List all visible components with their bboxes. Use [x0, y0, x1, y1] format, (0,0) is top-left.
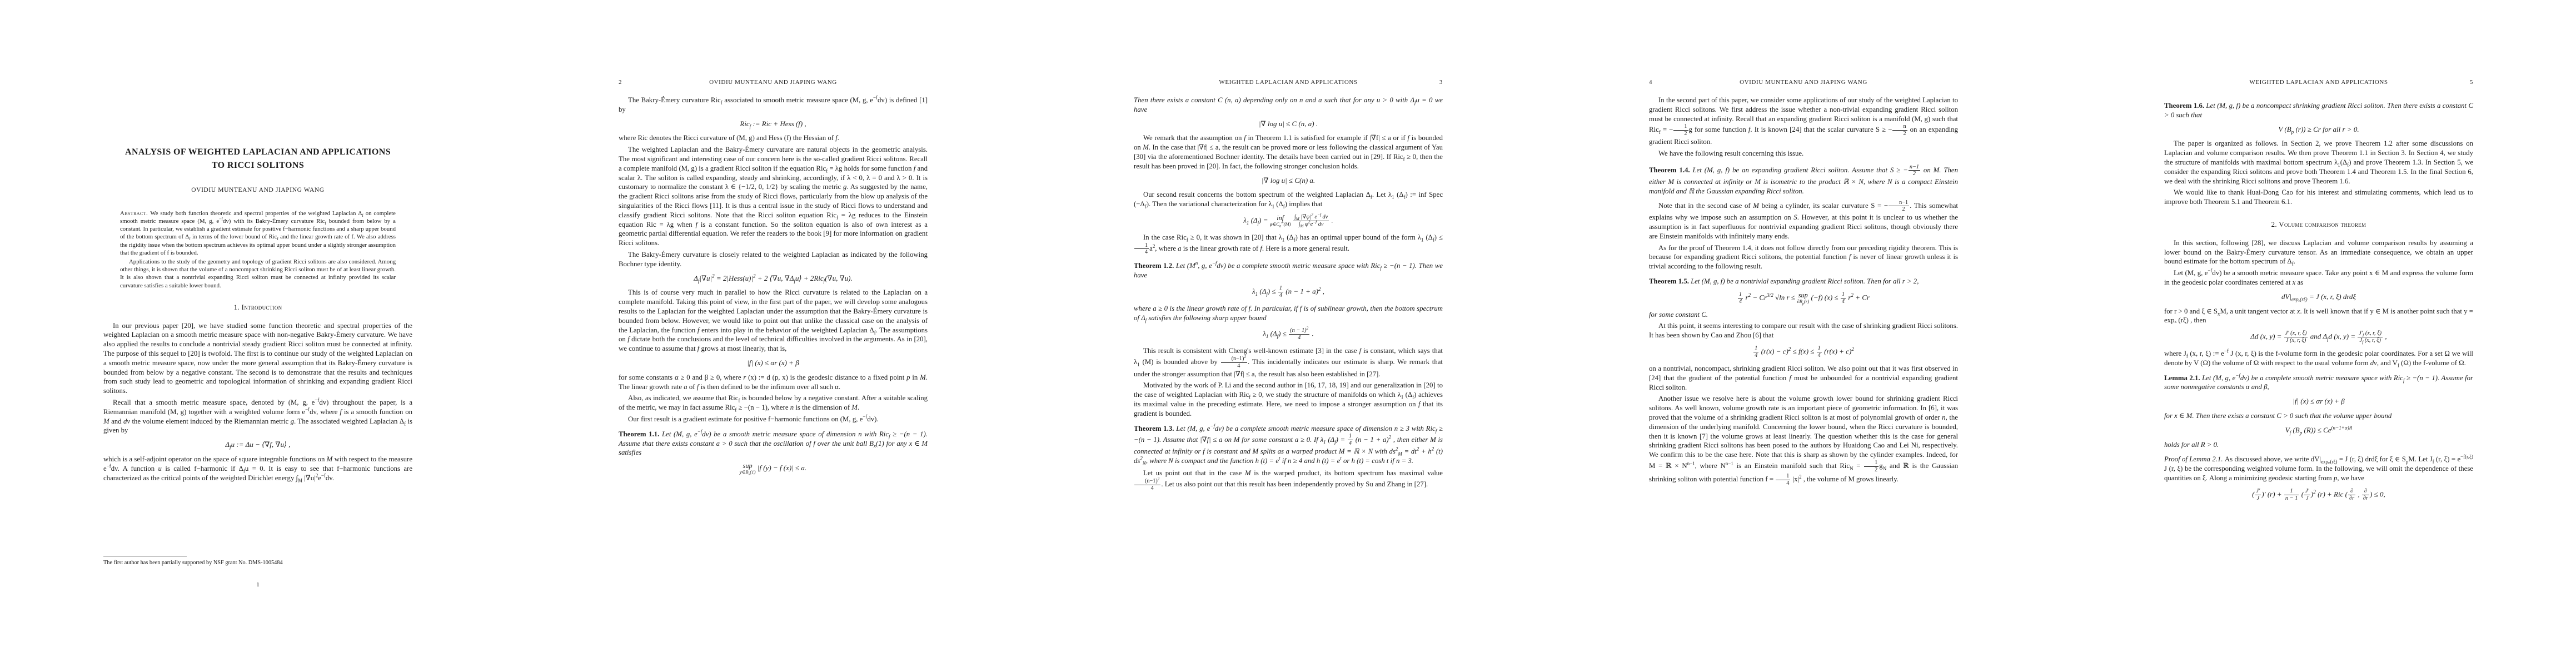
display-equation: λ1 (Δf) ≤ 14 (n − 1 + a)2 ,	[1134, 285, 1443, 299]
theorem-label: Theorem 1.1.	[619, 430, 662, 438]
paragraph: for r > 0 and ξ ∈ SxM, a unit tangent ve…	[2164, 307, 2473, 326]
display-equation: Δf|∇u|2 = 2|Hess(u)|2 + 2 ⟨∇u, ∇Δfu⟩ + 2…	[619, 274, 928, 283]
running-title: OVIDIU MUNTEANU AND JIAPING WANG	[619, 79, 928, 86]
header-page-number-left: 2	[619, 79, 622, 86]
paragraph: As for the proof of Theorem 1.4, it does…	[1649, 243, 1958, 271]
paragraph: for some constants α ≥ 0 and β ≥ 0, wher…	[619, 373, 928, 392]
theorem-label: Theorem 1.2.	[1134, 262, 1176, 270]
theorem-label: Lemma 2.1.	[2164, 374, 2202, 382]
display-equation: Δd (x, y) = J′ (x, r, ξ)J (x, r, ξ) and …	[2164, 330, 2473, 344]
section-heading: 2. Volume comparison theorem	[2164, 220, 2473, 230]
paragraph: Let (M, g, e−fdv) be a smooth metric mea…	[2164, 268, 2473, 287]
theorem: Theorem 1.6. Let (M, g, f) be a noncompa…	[2164, 101, 2473, 120]
paragraph: The weighted Laplacian and the Bakry-Éme…	[619, 145, 928, 248]
page-header: OVIDIU MUNTEANU AND JIAPING WANG2	[619, 79, 928, 86]
theorem: Theorem 1.5. Let (M, g, f) be a nontrivi…	[1649, 277, 1958, 286]
running-title: WEIGHTED LAPLACIAN AND APPLICATIONS	[2164, 79, 2473, 86]
header-page-number-left: 4	[1649, 79, 1652, 86]
theorem: Lemma 2.1. Let (M, g, e−fdv) be a comple…	[2164, 374, 2473, 392]
display-equation: (J′J)′ (r) + 1n − 1 (J′J)2 (r) + Ric (∂∂…	[2164, 488, 2473, 502]
paragraph: We would like to thank Huai-Dong Cao for…	[2164, 188, 2473, 207]
page-4: OVIDIU MUNTEANU AND JIAPING WANG4In the …	[1546, 0, 2061, 667]
paragraph: In the case Ricf ≥ 0, it was shown in [2…	[1134, 233, 1443, 256]
paragraph: Recall that a smooth metric measure spac…	[103, 398, 412, 435]
theorem: Theorem 1.3. Let (M, g, e−fdv) be a comp…	[1134, 424, 1443, 466]
paragraph: In our previous paper [20], we have stud…	[103, 321, 412, 396]
theorem-label: Theorem 1.4.	[1649, 166, 1693, 174]
paragraph: Let us point out that in the case M is t…	[1134, 469, 1443, 491]
page-column: In the second part of this paper, we con…	[1649, 96, 1958, 489]
paragraph: Also, as indicated, we assume that Ricf …	[619, 394, 928, 412]
header-page-number-right: 3	[1439, 79, 1443, 86]
paragraph: where Jf (x, r, ξ) := e−f J (x, r, ξ) is…	[2164, 349, 2473, 368]
paragraph: The Bakry-Émery curvature Ricf associate…	[619, 96, 928, 115]
paragraph: In this section, following [28], we disc…	[2164, 238, 2473, 266]
running-title: WEIGHTED LAPLACIAN AND APPLICATIONS	[1134, 79, 1443, 86]
abstract-label: Abstract.	[120, 210, 150, 217]
display-equation: Vf (Bp (R)) ≤ Ce(n−1+α)R	[2164, 426, 2473, 435]
page-header: OVIDIU MUNTEANU AND JIAPING WANG4	[1649, 79, 1958, 86]
display-equation: λ1 (Δf) ≤ (n − 1)24 .	[1134, 327, 1443, 341]
display-equation: supy∈Bx(1) |f (y) − f (x)| ≤ a.	[619, 462, 928, 475]
section-heading: 1. Introduction	[103, 303, 412, 312]
proof-label: Proof of Lemma 2.1.	[2164, 455, 2225, 463]
paragraph: At this point, it seems interesting to c…	[1649, 321, 1958, 340]
footnote-rule	[103, 556, 187, 556]
theorem: Theorem 1.4. Let (M, g, f) be an expandi…	[1649, 164, 1958, 196]
paragraph: The paper is organized as follows. In Se…	[2164, 139, 2473, 186]
display-equation: dV|expₓ(rξ) = J (x, r, ξ) drdξ	[2164, 292, 2473, 302]
statement-text: Let (M, g, f) be a noncompact shrinking …	[2164, 102, 2473, 119]
paper-title: ANALYSIS OF WEIGHTED LAPLACIAN AND APPLI…	[103, 146, 412, 172]
paragraph: This is of course very much in parallel …	[619, 288, 928, 354]
page-column: The Bakry-Émery curvature Ricf associate…	[619, 96, 928, 480]
theorem-continuation: where a ≥ 0 is the linear growth rate of…	[1134, 304, 1443, 323]
page-column: Theorem 1.6. Let (M, g, f) be a noncompa…	[2164, 96, 2473, 507]
statement-text: Let (Mn, g, e−fdv) be a complete smooth …	[1134, 262, 1443, 279]
statement-text: Let (M, g, e−fdv) be a complete smooth m…	[1134, 425, 1443, 465]
statement-text: Let (M, g, e−fdv) be a smooth metric mea…	[619, 430, 928, 457]
statement-text: Let (M, g, f) be an expanding gradient R…	[1649, 166, 1958, 195]
paragraph: We remark that the assumption on f in Th…	[1134, 133, 1443, 171]
abstract-paragraph: Applications to the study of the geometr…	[120, 258, 396, 290]
page-number: 1	[103, 581, 412, 588]
authors: OVIDIU MUNTEANU AND JIAPING WANG	[103, 186, 412, 195]
display-equation: Ricf := Ric + Hess (f) ,	[619, 120, 928, 129]
paragraph: We have the following result concerning …	[1649, 149, 1958, 158]
theorem: Theorem 1.1. Let (M, g, e−fdv) be a smoo…	[619, 430, 928, 457]
display-equation: λ1 (Δf) = infφ∈C0∞(M) ∫M |∇φ|2 e−f dv∫M …	[1134, 214, 1443, 228]
abstract-paragraph: Abstract. We study both function theoret…	[120, 210, 396, 257]
statement-text: Let (M, g, f) be a nontrivial expanding …	[1691, 277, 1919, 285]
display-equation: 14 r2 − Cr3/2 √ln r ≤ sup∂Bp(r) (−f) (x)…	[1649, 291, 1958, 305]
footnote: The first author has been partially supp…	[103, 556, 412, 566]
paragraph: on a nontrivial, noncompact, shrinking g…	[1649, 364, 1958, 392]
page-column: Then there exists a constant C (n, a) de…	[1134, 96, 1443, 494]
page-1: The first author has been partially supp…	[0, 0, 515, 667]
theorem-continuation: for some constant C.	[1649, 310, 1958, 320]
display-equation: |∇ log u| ≤ C (n, a) .	[1134, 120, 1443, 129]
paragraph: where Ric denotes the Ricci curvature of…	[619, 133, 928, 143]
display-equation: |f| (x) ≤ αr (x) + β	[619, 359, 928, 368]
running-title: OVIDIU MUNTEANU AND JIAPING WANG	[1649, 79, 1958, 86]
theorem-continuation: for x ∈ M. Then there exists a constant …	[2164, 411, 2473, 421]
paragraph: Another issue we resolve here is about t…	[1649, 394, 1958, 487]
display-equation: |∇ log u| ≤ C(n) a.	[1134, 176, 1443, 186]
header-page-number-right: 5	[2470, 79, 2473, 86]
paragraph: In the second part of this paper, we con…	[1649, 96, 1958, 147]
page-header: WEIGHTED LAPLACIAN AND APPLICATIONS3	[1134, 79, 1443, 86]
theorem-continuation: Then there exists a constant C (n, a) de…	[1134, 96, 1443, 115]
page-header: WEIGHTED LAPLACIAN AND APPLICATIONS5	[2164, 79, 2473, 86]
footnote-text: The first author has been partially supp…	[103, 560, 283, 566]
theorem-label: Theorem 1.5.	[1649, 277, 1691, 285]
display-equation: Δfu := Δu − ⟨∇f, ∇u⟩ ,	[103, 440, 412, 450]
theorem-label: Theorem 1.6.	[2164, 102, 2206, 109]
page-3: WEIGHTED LAPLACIAN AND APPLICATIONS3Then…	[1030, 0, 1546, 667]
paragraph: Note that in the second case of M being …	[1649, 200, 1958, 241]
paragraph: This result is consistent with Cheng's w…	[1134, 346, 1443, 379]
display-equation: |f| (x) ≤ αr (x) + β	[2164, 397, 2473, 406]
display-equation: 14 (r(x) − c)2 ≤ f(x) ≤ 14 (r(x) + c)2	[1649, 345, 1958, 359]
paragraph: The Bakry-Émery curvature is closely rel…	[619, 250, 928, 269]
page-column: ANALYSIS OF WEIGHTED LAPLACIAN AND APPLI…	[103, 146, 412, 485]
theorem-label: Theorem 1.3.	[1134, 425, 1176, 432]
document-spread: arXiv:1112.3027v1 [math.DG] 13 Dec 2011 …	[0, 0, 2576, 667]
theorem-continuation: holds for all R > 0.	[2164, 440, 2473, 450]
display-equation: V (Bp (r)) ≥ Cr for all r > 0.	[2164, 125, 2473, 135]
page-5: WEIGHTED LAPLACIAN AND APPLICATIONS5Theo…	[2061, 0, 2576, 667]
paragraph: Our second result concerns the bottom sp…	[1134, 190, 1443, 209]
statement-text: Let (M, g, e−fdv) be a complete smooth m…	[2164, 374, 2473, 391]
paragraph: Motivated by the work of P. Li and the s…	[1134, 381, 1443, 418]
theorem: Theorem 1.2. Let (Mn, g, e−fdv) be a com…	[1134, 261, 1443, 280]
abstract-text: We study both function theoretic and spe…	[120, 210, 396, 256]
page-2: OVIDIU MUNTEANU AND JIAPING WANG2The Bak…	[515, 0, 1030, 667]
paragraph: which is a self-adjoint operator on the …	[103, 455, 412, 482]
paragraph: Our first result is a gradient estimate …	[619, 415, 928, 424]
proof: Proof of Lemma 2.1. As discussed above, …	[2164, 455, 2473, 482]
